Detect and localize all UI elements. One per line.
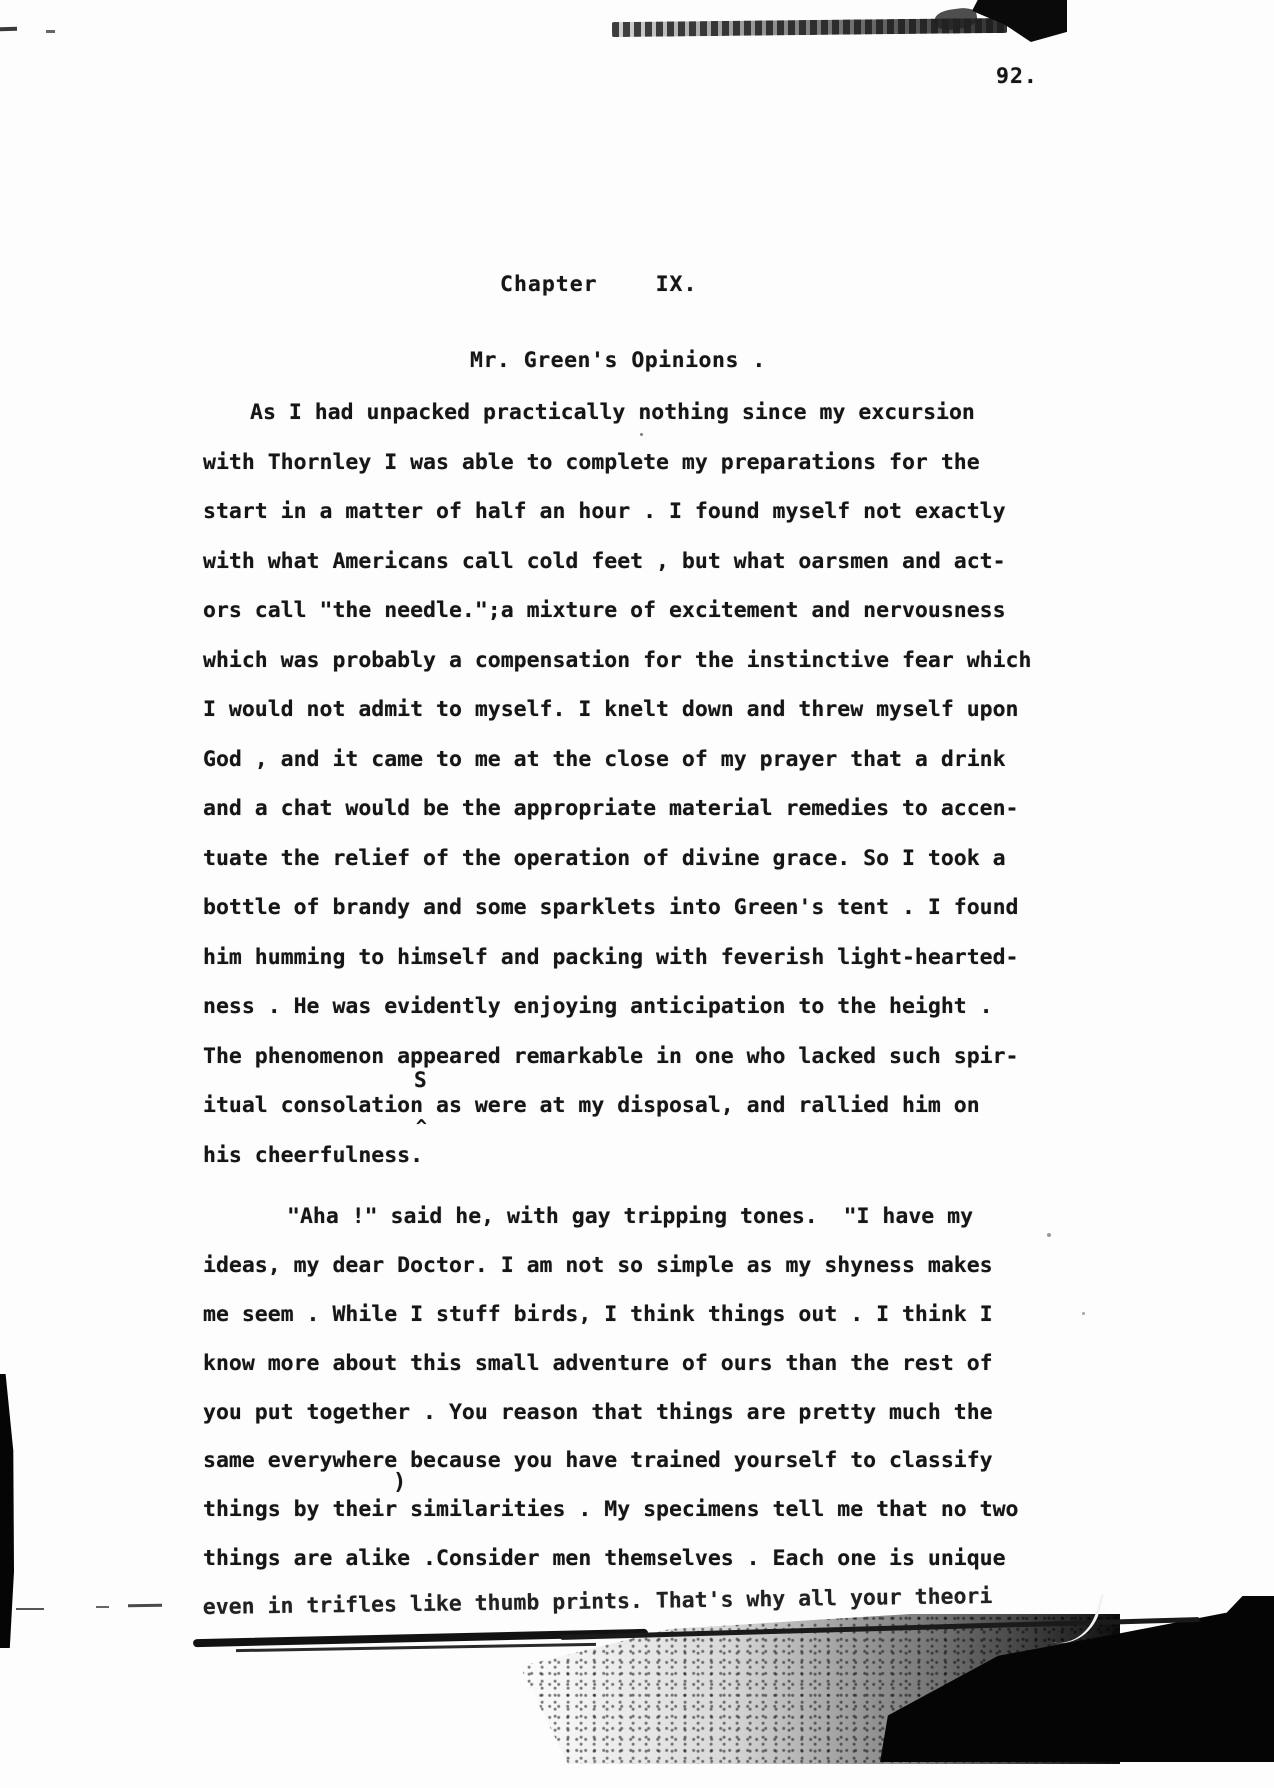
text-line: As I had unpacked practically nothing si…	[203, 400, 1063, 450]
scan-artifact-top-left-dash	[0, 27, 17, 32]
chapter-label: Chapter	[500, 272, 598, 297]
text-line: ors call "the needle.";a mixture of exci…	[203, 598, 1063, 648]
scan-artifact-noise-dot	[1082, 1312, 1085, 1315]
misaligned-comma-mark: )	[393, 1470, 406, 1495]
scan-artifact-bottom-left-dash	[16, 1608, 44, 1610]
insertion-caret-mark: ^	[416, 1116, 427, 1137]
text-line: "Aha !" said he, with gay tripping tones…	[203, 1204, 1063, 1253]
manuscript-page: 92. ChapterIX. Mr. Green's Opinions . As…	[0, 0, 1274, 1788]
text-line: and a chat would be the appropriate mate…	[203, 796, 1063, 846]
page-number: 92.	[996, 64, 1038, 89]
inserted-letter-correction: S	[414, 1068, 427, 1092]
scan-artifact-bottom-left-dash	[96, 1606, 109, 1608]
scan-artifact-noise-dot	[1047, 1233, 1051, 1237]
text-line: itual consolation as were at my disposal…	[203, 1093, 1063, 1143]
text-line: same everywhere because you have trained…	[203, 1448, 1063, 1497]
paragraph-1: As I had unpacked practically nothing si…	[203, 400, 1063, 1192]
text-line: you put together . You reason that thing…	[203, 1400, 1063, 1449]
scan-artifact-top-left-dash	[46, 30, 55, 33]
text-line: his cheerfulness.	[203, 1143, 1063, 1193]
chapter-heading: ChapterIX.	[500, 272, 697, 297]
text-line: ideas, my dear Doctor. I am not so simpl…	[203, 1253, 1063, 1302]
scan-artifact-bottom-left-dash	[128, 1604, 162, 1608]
text-line: things by their similarities . My specim…	[203, 1497, 1063, 1546]
text-line: know more about this small adventure of …	[203, 1351, 1063, 1400]
chapter-numeral: IX.	[656, 272, 698, 297]
section-title: Mr. Green's Opinions .	[470, 348, 766, 373]
text-line: God , and it came to me at the close of …	[203, 747, 1063, 797]
text-line: The phenomenon appeared remarkable in on…	[203, 1044, 1063, 1094]
text-line: him humming to himself and packing with …	[203, 945, 1063, 995]
paragraph-2: "Aha !" said he, with gay tripping tones…	[203, 1204, 1063, 1644]
text-line: which was probably a compensation for th…	[203, 648, 1063, 698]
text-line: me seem . While I stuff birds, I think t…	[203, 1302, 1063, 1351]
text-line: with Thornley I was able to complete my …	[203, 450, 1063, 500]
text-line: bottle of brandy and some sparklets into…	[203, 895, 1063, 945]
text-line: start in a matter of half an hour . I fo…	[203, 499, 1063, 549]
scan-artifact-left-edge-bar	[0, 1374, 14, 1648]
text-line: with what Americans call cold feet , but…	[203, 549, 1063, 599]
text-line: I would not admit to myself. I knelt dow…	[203, 697, 1063, 747]
scan-artifact-noise-dot	[640, 433, 643, 436]
text-line: ness . He was evidently enjoying anticip…	[203, 994, 1063, 1044]
text-line: tuate the relief of the operation of div…	[203, 846, 1063, 896]
